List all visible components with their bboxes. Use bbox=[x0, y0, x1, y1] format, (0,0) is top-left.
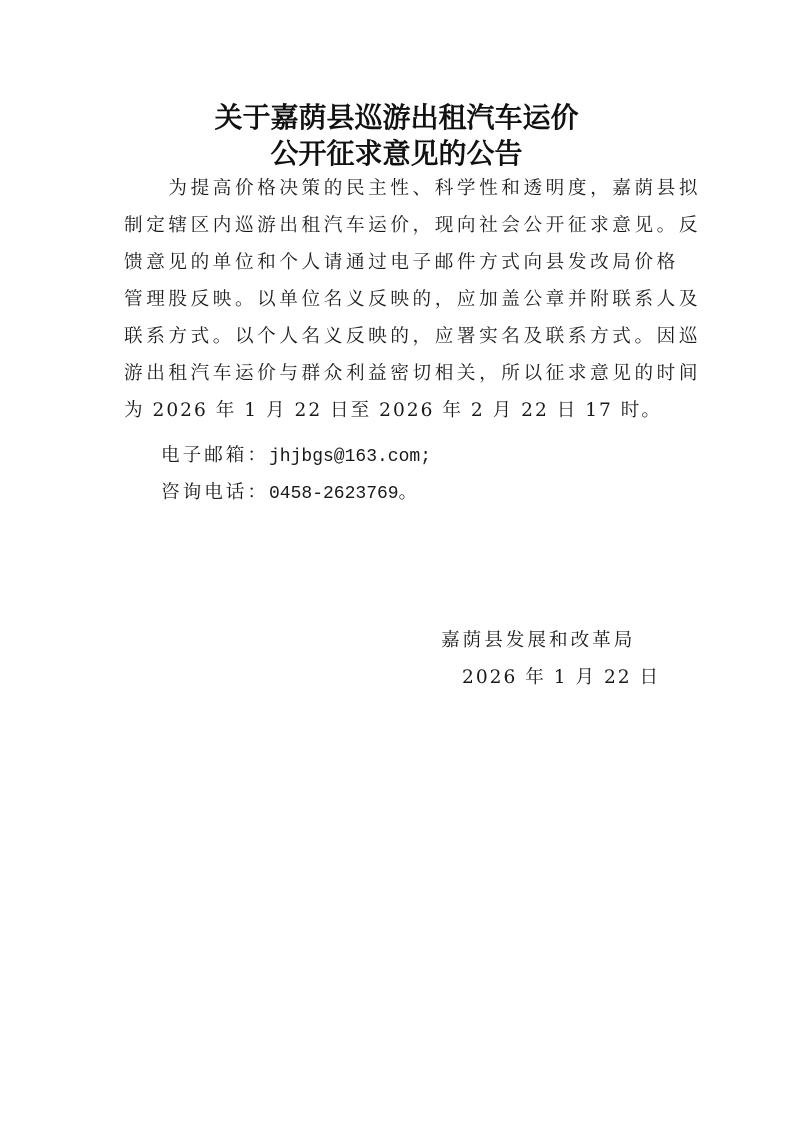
body-line-2: 制定辖区内巡游出租汽车运价，现向社会公开征求意见。反 bbox=[124, 213, 684, 239]
body-line-6: 游出租汽车运价与群众利益密切相关，所以征求意见的时间 bbox=[124, 361, 684, 387]
body-line-5: 联系方式。以个人名义反映的，应署实名及联系方式。因巡 bbox=[124, 324, 684, 350]
signature-organization: 嘉荫县发展和改革局 bbox=[441, 628, 635, 654]
body-line-3: 馈意见的单位和个人请通过电子邮件方式向县发改局价格 bbox=[124, 250, 684, 276]
signature-date: 2026 年 1 月 22 日 bbox=[462, 665, 660, 691]
contact-phone: 咨询电话：0458-2623769。 bbox=[161, 480, 417, 507]
body-line-1: 为提高价格决策的民主性、科学性和透明度，嘉荫县拟 bbox=[124, 176, 684, 202]
contact-email: 电子邮箱：jhjbgs@163.com; bbox=[161, 443, 431, 470]
phone-value: 0458-2623769。 bbox=[269, 484, 417, 504]
phone-label: 咨询电话： bbox=[161, 482, 269, 503]
body-line-7: 为 2026 年 1 月 22 日至 2026 年 2 月 22 日 17 时。 bbox=[124, 398, 684, 424]
email-label: 电子邮箱： bbox=[161, 445, 269, 466]
email-value: jhjbgs@163.com; bbox=[269, 447, 431, 467]
body-line-4: 管理股反映。以单位名义反映的，应加盖公章并附联系人及 bbox=[124, 287, 684, 313]
document-title-line-2: 公开征求意见的公告 bbox=[0, 136, 793, 172]
document-title-line-1: 关于嘉荫县巡游出租汽车运价 bbox=[0, 100, 793, 136]
